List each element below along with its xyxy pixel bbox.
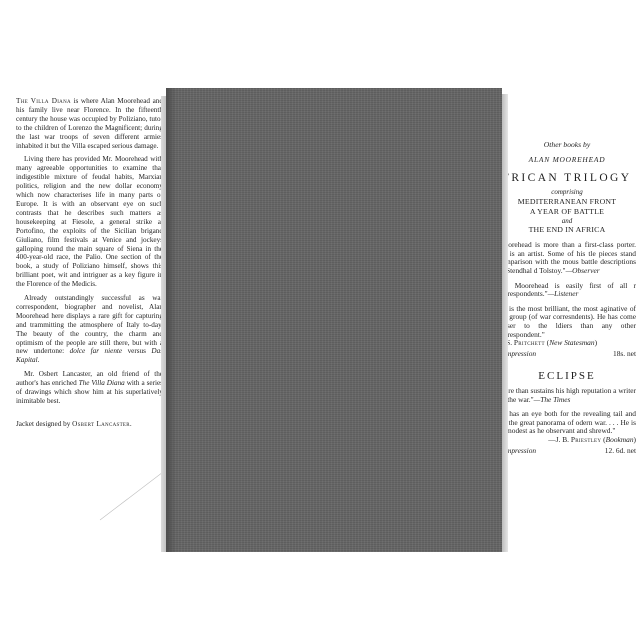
- right-jacket-flap: Other books by ALAN MOOREHEAD FRICAN TRI…: [508, 97, 640, 455]
- flap-paragraph: Living there has provided Mr. Moorehead …: [16, 155, 163, 289]
- impression-label: h Impression: [508, 350, 536, 359]
- and-label: and: [508, 218, 636, 225]
- flap-paragraph: The Villa Diana is where Alan Moorehead …: [16, 97, 163, 150]
- review-quote: Mr. Moorehead is easily first of all r c…: [508, 282, 636, 299]
- other-books-heading: Other books by: [508, 141, 636, 150]
- jacket-credit: Jacket designed by Osbert Lancaster.: [16, 420, 163, 429]
- review-quote: He has an eye both for the revealing tai…: [508, 410, 636, 436]
- book-title-eclipse: ECLIPSE: [508, 372, 636, 381]
- price-row: h Impression 18s. net: [508, 350, 636, 359]
- price-label: 12. 6d. net: [605, 447, 636, 456]
- review-quote: More than sustains his high reputation a…: [508, 387, 636, 404]
- book-cover: [166, 88, 502, 552]
- left-jacket-flap: The Villa Diana is where Alan Moorehead …: [16, 97, 163, 434]
- flap-paragraph: Already outstandingly successful as war …: [16, 294, 163, 365]
- book-title-trilogy: FRICAN TRILOGY: [508, 172, 636, 185]
- impression-label: d Impression: [508, 447, 536, 456]
- price-row: d Impression 12. 6d. net: [508, 447, 636, 456]
- comprising-label: comprising: [508, 188, 636, 197]
- flap-paragraph: Mr. Osbert Lancaster, an old friend of t…: [16, 370, 163, 406]
- spine-shadow: [166, 88, 176, 552]
- trilogy-book: THE END IN AFRICA: [508, 225, 636, 236]
- price-label: 18s. net: [613, 350, 636, 359]
- trilogy-book: MEDITERRANEAN FRONT: [508, 197, 636, 208]
- review-quote: Moorehead is more than a first-class por…: [508, 241, 636, 275]
- title-small-caps: The Villa Diana: [16, 97, 71, 105]
- author-name: ALAN MOOREHEAD: [508, 156, 636, 165]
- trilogy-book: A YEAR OF BATTLE: [508, 207, 636, 218]
- review-attribution: —J. B. Priestley (Bookman): [508, 436, 636, 445]
- review-quote: He is the most brilliant, the most agina…: [508, 305, 636, 348]
